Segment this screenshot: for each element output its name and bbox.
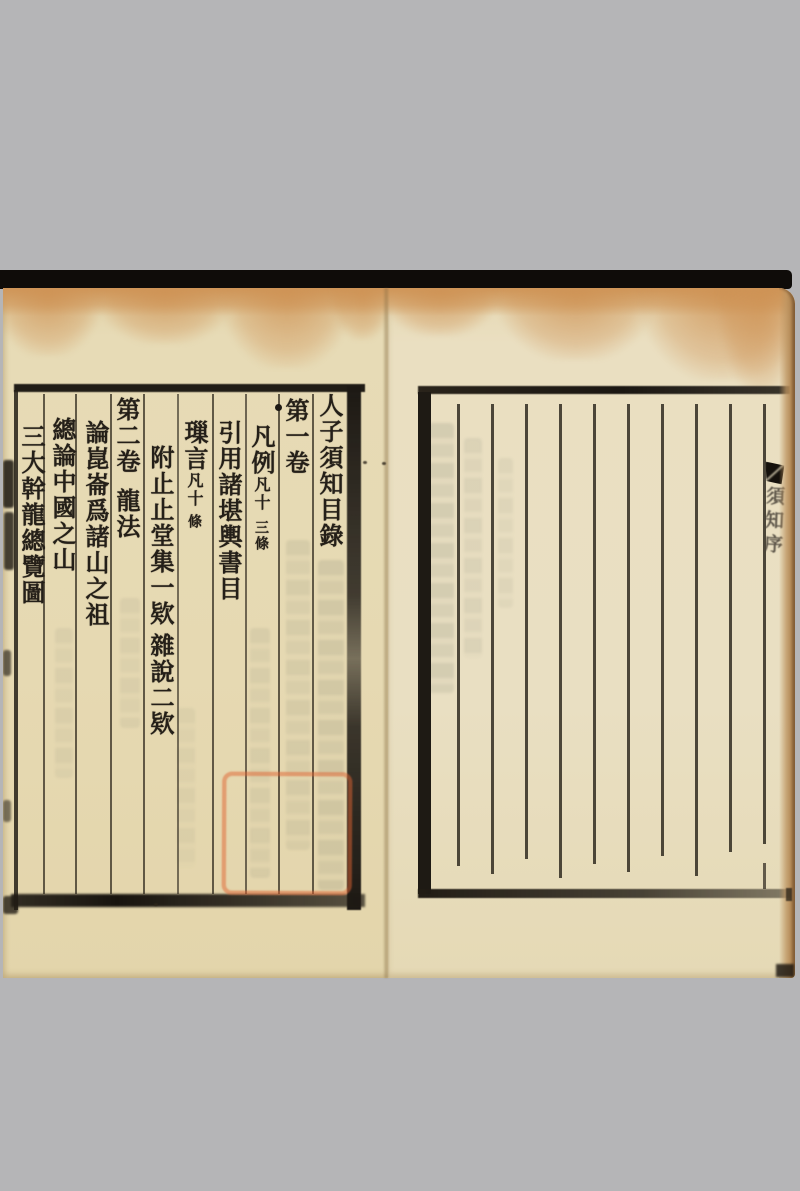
column-rule bbox=[627, 404, 630, 872]
toc-text-segment: 條 bbox=[186, 514, 202, 530]
fold-smudge bbox=[3, 896, 18, 914]
ink-dot bbox=[275, 404, 282, 411]
seal-stamp bbox=[222, 772, 353, 896]
water-stain bbox=[331, 288, 388, 340]
frame-border-top bbox=[14, 384, 365, 392]
toc-column: 凡例凡十三條 bbox=[246, 424, 276, 552]
column-rule bbox=[457, 404, 460, 866]
toc-column: 引用諸堪輿書目 bbox=[213, 420, 243, 602]
toc-text-segment: 第二卷 bbox=[112, 397, 140, 475]
toc-text-segment: 總論中國之山 bbox=[48, 417, 76, 573]
column-rule bbox=[593, 404, 596, 864]
scan-black-strip bbox=[0, 270, 792, 289]
toc-text-segment: 凡例 bbox=[247, 424, 275, 476]
frame-border-bottom bbox=[11, 894, 365, 907]
paper-speck bbox=[363, 461, 367, 464]
toc-column: 人子須知目錄 bbox=[314, 393, 344, 549]
paper-speck bbox=[382, 462, 386, 465]
column-rule bbox=[559, 404, 562, 878]
fold-smudge bbox=[3, 650, 11, 676]
toc-column: 璅言凡十條 bbox=[179, 420, 209, 530]
toc-column: 總論中國之山 bbox=[47, 417, 77, 573]
frame-border-top bbox=[418, 386, 790, 394]
ink-bleedthrough bbox=[428, 423, 454, 693]
ink-bleedthrough bbox=[55, 628, 73, 778]
toc-text-segment: 附止止堂集一欵 bbox=[146, 445, 174, 627]
fore-edge bbox=[779, 288, 795, 978]
water-stain bbox=[496, 288, 656, 360]
toc-text-segment: 第一卷 bbox=[281, 398, 309, 476]
fold-smudge bbox=[3, 460, 14, 508]
ink-bleedthrough bbox=[464, 438, 482, 658]
water-stain bbox=[95, 288, 235, 344]
column-rule bbox=[763, 404, 766, 844]
edge-smudge bbox=[786, 888, 792, 901]
column-rule bbox=[695, 404, 698, 876]
toc-text-segment: 凡十 bbox=[252, 476, 271, 512]
toc-text-segment: 雜說二欵 bbox=[146, 633, 174, 737]
toc-text-segment: 三條 bbox=[253, 520, 269, 552]
toc-text-segment: 引用諸堪輿書目 bbox=[214, 420, 242, 602]
ink-bleedthrough bbox=[498, 458, 513, 608]
toc-text-segment: 三大幹龍總覽圖 bbox=[17, 424, 45, 606]
left-page-leaf: 人子須知目錄第一卷凡例凡十三條引用諸堪輿書目璅言凡十條附止止堂集一欵雜說二欵第二… bbox=[3, 288, 388, 978]
fold-smudge bbox=[3, 800, 11, 822]
toc-text-segment: 璅言 bbox=[180, 420, 208, 472]
toc-column: 第一卷 bbox=[280, 398, 310, 476]
column-rule bbox=[661, 404, 664, 856]
toc-text-segment: 人子須知目錄 bbox=[315, 393, 343, 549]
ink-bleedthrough bbox=[120, 598, 140, 728]
fold-smudge bbox=[4, 512, 14, 570]
scanned-book-page: { "book_scan": { "left_page": { "columns… bbox=[0, 0, 800, 1191]
gutter-seam bbox=[383, 288, 389, 978]
toc-column: 附止止堂集一欵雜說二欵 bbox=[145, 445, 175, 737]
water-stain bbox=[388, 288, 500, 336]
toc-text-segment: 論崑崙爲諸山之祖 bbox=[81, 420, 109, 628]
column-rule bbox=[729, 404, 732, 852]
water-stain bbox=[3, 288, 103, 356]
edge-smudge bbox=[776, 964, 794, 977]
ink-bleedthrough bbox=[177, 708, 195, 868]
toc-column: 論崑崙爲諸山之祖 bbox=[80, 420, 110, 628]
column-rule bbox=[491, 404, 494, 874]
paper-speck bbox=[154, 903, 158, 906]
toc-text-segment: 凡十 bbox=[185, 472, 204, 508]
column-rule bbox=[525, 404, 528, 859]
toc-column: 三大幹龍總覽圖 bbox=[16, 424, 46, 606]
column-rule bbox=[763, 863, 766, 889]
frame-border-left bbox=[418, 392, 431, 894]
toc-column: 第二卷龍法 bbox=[111, 397, 141, 540]
frame-border-bottom bbox=[418, 889, 792, 898]
toc-text-segment: 龍法 bbox=[112, 488, 140, 540]
right-page-leaf: 須知序 bbox=[388, 288, 795, 978]
